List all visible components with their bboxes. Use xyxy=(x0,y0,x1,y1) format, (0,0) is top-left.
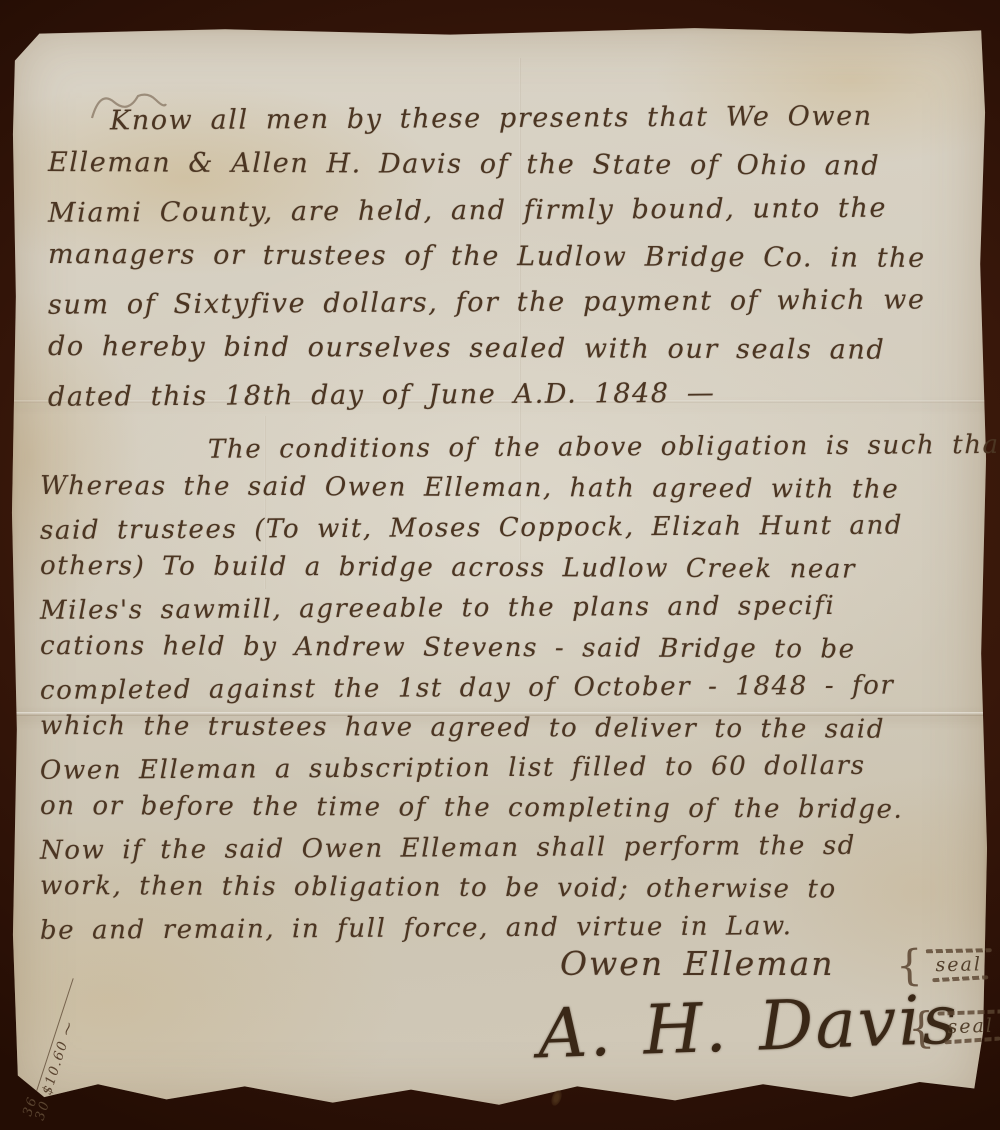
seal-word: seal xyxy=(926,955,992,974)
handwriting-line: Elleman & Allen H. Davis of the State of… xyxy=(48,140,954,190)
handwriting-line: completed against the 1st day of October… xyxy=(40,665,958,711)
handwriting-line: do hereby bind ourselves sealed with our… xyxy=(48,324,954,374)
handwriting-line: Now if the said Owen Elleman shall perfo… xyxy=(40,825,958,871)
handwriting-line: Miles's sawmill, agreeable to the plans … xyxy=(40,585,958,631)
seal-brace: { xyxy=(896,944,923,986)
handwriting-line: The conditions of the above obligation i… xyxy=(40,425,958,471)
seal-annotation-2: { seal xyxy=(907,1004,1000,1049)
handwriting-line: work, then this obligation to be void; o… xyxy=(40,866,958,910)
handwriting-line: Whereas the said Owen Elleman, hath agre… xyxy=(40,466,958,510)
handwriting-line: which the trustees have agreed to delive… xyxy=(40,706,958,750)
handwriting-line: Owen Elleman a subscription list filled … xyxy=(40,745,958,791)
handwriting-line: said trustees (To wit, Moses Coppock, El… xyxy=(40,505,958,551)
photo-backdrop: Know all men by these presents that We O… xyxy=(0,0,1000,1130)
signature-a-h-davis: A. H. Davis xyxy=(537,981,961,1075)
signature-owen-elleman: Owen Elleman xyxy=(560,944,835,983)
body-paragraph-2: The conditions of the above obligation i… xyxy=(40,428,958,948)
handwriting-line: managers or trustees of the Ludlow Bridg… xyxy=(48,232,954,282)
handwriting-line: sum of Sixtyfive dollars, for the paymen… xyxy=(48,277,954,329)
handwriting-line: dated this 18th day of June A.D. 1848 — xyxy=(48,369,954,421)
body-paragraph-1: Know all men by these presents that We O… xyxy=(48,96,954,418)
seal-word: seal xyxy=(937,1016,1000,1036)
seal-brace: { xyxy=(907,1007,935,1050)
handwriting-line: cations held by Andrew Stevens - said Br… xyxy=(40,626,958,670)
handwriting-line: others) To build a bridge across Ludlow … xyxy=(40,546,958,590)
handwriting-line: on or before the time of the completing … xyxy=(40,786,958,830)
handwriting-line: Miami County, are held, and firmly bound… xyxy=(48,185,954,237)
handwriting-line: Know all men by these presents that We O… xyxy=(48,93,954,145)
